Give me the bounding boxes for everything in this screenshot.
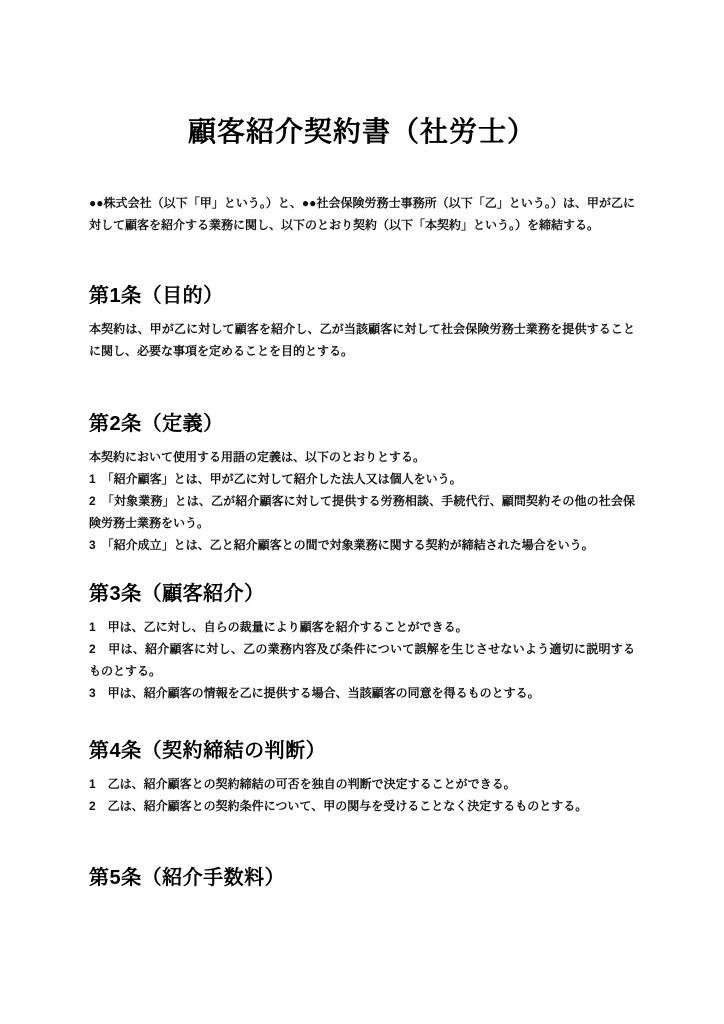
article-5-heading: 第5条（紹介手数料） [89, 865, 635, 891]
article-2: 第2条（定義） 本契約において使用する用語の定義は、以下のとおりとする。 1 「… [89, 411, 635, 556]
article-4: 第4条（契約締結の判断） 1 乙は、紹介顧客との契約締結の可否を独自の判断で決定… [89, 738, 635, 817]
article-2-item-3: 3 「紹介成立」とは、乙と紹介顧客との間で対象業務に関する契約が締結された場合を… [89, 534, 635, 556]
article-2-item-2: 2 「対象業務」とは、乙が紹介顧客に対して提供する労務相談、手続代行、顧問契約そ… [89, 490, 635, 534]
article-2-intro: 本契約において使用する用語の定義は、以下のとおりとする。 [89, 446, 635, 468]
article-3-item-3: 3 甲は、紹介顧客の情報を乙に提供する場合、当該顧客の同意を得るものとする。 [89, 682, 635, 704]
article-1-text: 本契約は、甲が乙に対して顧客を紹介し、乙が当該顧客に対して社会保険労務士業務を提… [89, 318, 635, 362]
article-4-heading: 第4条（契約締結の判断） [89, 738, 635, 764]
article-4-item-2: 2 乙は、紹介顧客との契約条件について、甲の関与を受けることなく決定するものとす… [89, 795, 635, 817]
article-2-item-1: 1 「紹介顧客」とは、甲が乙に対して紹介した法人又は個人をいう。 [89, 468, 635, 490]
article-1-heading: 第1条（目的） [89, 283, 635, 309]
contract-page: 顧客紹介契約書（社労士） ●●株式会社（以下「甲」という。）と、●●社会保険労務… [0, 0, 724, 1024]
article-2-heading: 第2条（定義） [89, 411, 635, 437]
document-title: 顧客紹介契約書（社労士） [89, 114, 635, 150]
article-3-item-1: 1 甲は、乙に対し、自らの裁量により顧客を紹介することができる。 [89, 616, 635, 638]
article-4-item-1: 1 乙は、紹介顧客との契約締結の可否を独自の判断で決定することができる。 [89, 773, 635, 795]
article-3-item-2: 2 甲は、紹介顧客に対し、乙の業務内容及び条件について誤解を生じさせないよう適切… [89, 638, 635, 682]
article-5: 第5条（紹介手数料） [89, 865, 635, 891]
article-3-heading: 第3条（顧客紹介） [89, 581, 635, 607]
article-3: 第3条（顧客紹介） 1 甲は、乙に対し、自らの裁量により顧客を紹介することができ… [89, 581, 635, 704]
article-1: 第1条（目的） 本契約は、甲が乙に対して顧客を紹介し、乙が当該顧客に対して社会保… [89, 283, 635, 362]
preamble-paragraph: ●●株式会社（以下「甲」という。）と、●●社会保険労務士事務所（以下「乙」という… [89, 192, 635, 236]
